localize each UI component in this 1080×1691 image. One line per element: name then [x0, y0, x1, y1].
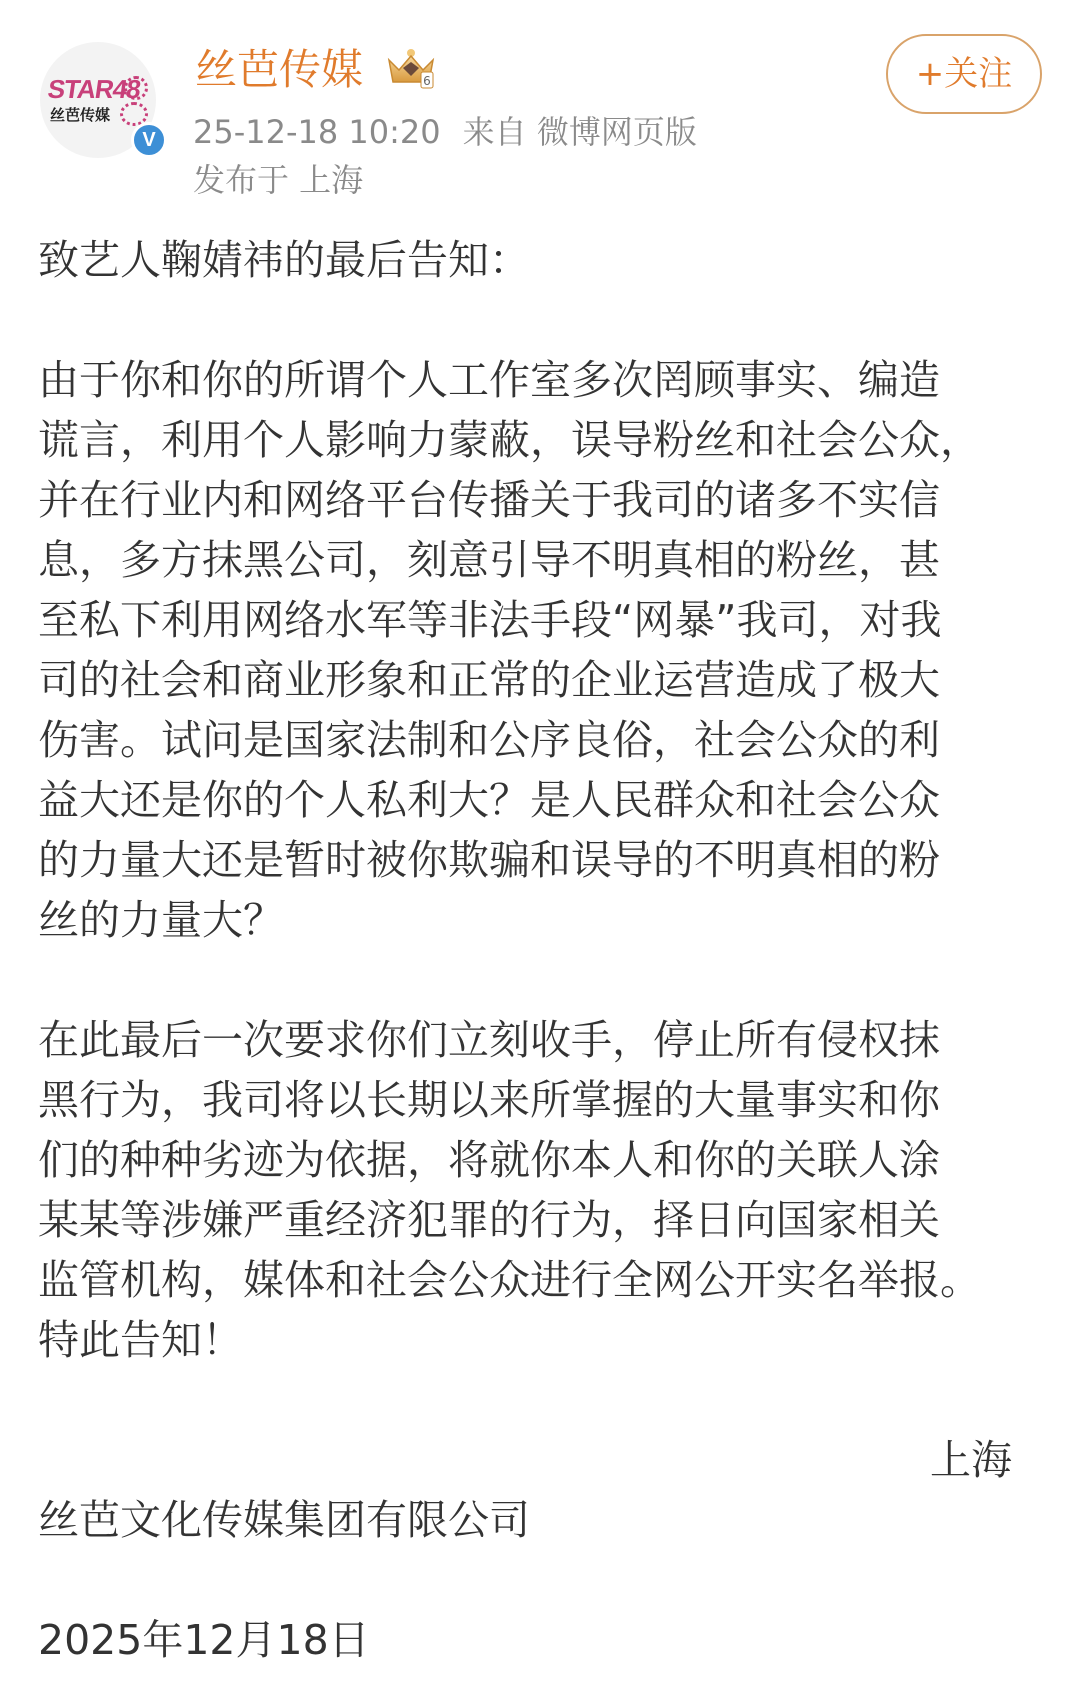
post-body: 致艺人鞠婧祎的最后告知： 由于你和你的所谓个人工作室多次罔顾事实、编造 谎言，利… — [38, 230, 1048, 1670]
text-line: 的力量大还是暂时被你欺骗和误导的不明真相的粉 — [38, 830, 1048, 890]
text-line: 司的社会和商业形象和正常的企业运营造成了极大 — [38, 650, 1048, 710]
post-source: 来自 微博网页版 — [463, 113, 697, 151]
text-line: 丝的力量大？ — [38, 890, 1048, 950]
text-line: 息，多方抹黑公司，刻意引导不明真相的粉丝，甚 — [38, 530, 1048, 590]
flower-icon — [124, 76, 148, 100]
text-line: 特此告知！ — [38, 1310, 1048, 1370]
text-line: 在此最后一次要求你们立刻收手，停止所有侵权抹 — [38, 1010, 1048, 1070]
follow-button[interactable]: +关注 — [886, 34, 1042, 114]
paragraph-2: 在此最后一次要求你们立刻收手，停止所有侵权抹 黑行为，我司将以长期以来所掌握的大… — [38, 1010, 1048, 1370]
signature-company: 丝芭文化传媒集团有限公司 — [38, 1490, 1048, 1550]
text-line: 益大还是你的个人私利大？是人民群众和社会公众 — [38, 770, 1048, 830]
text-line: 至私下利用网络水军等非法手段“网暴”我司，对我 — [38, 590, 1048, 650]
text-line: 黑行为，我司将以长期以来所掌握的大量事实和你 — [38, 1070, 1048, 1130]
account-name[interactable]: 丝芭传媒 — [195, 44, 363, 96]
text-line: 谎言，利用个人影响力蒙蔽，误导粉丝和社会公众， — [38, 410, 1048, 470]
svg-text:6: 6 — [423, 74, 431, 88]
avatar-logo-subtext: 丝芭传媒 — [50, 104, 110, 125]
text-line: 并在行业内和网络平台传播关于我司的诸多不实信 — [38, 470, 1048, 530]
paragraph-1: 由于你和你的所谓个人工作室多次罔顾事实、编造 谎言，利用个人影响力蒙蔽，误导粉丝… — [38, 350, 1048, 950]
text-line: 某某等涉嫌严重经济犯罪的行为，择日向国家相关 — [38, 1190, 1048, 1250]
post-header: STAR48 丝芭传媒 V 丝芭传媒 6 25-12-18 10:20来自 微博… — [0, 0, 1080, 220]
post-title: 致艺人鞠婧祎的最后告知： — [38, 230, 1048, 290]
verified-badge-icon: V — [131, 122, 167, 158]
text-line: 监管机构，媒体和社会公众进行全网公开实名举报。 — [38, 1250, 1048, 1310]
post-location: 发布于 上海 — [193, 158, 363, 202]
signature-location: 上海 — [38, 1430, 1048, 1490]
crown-badge-icon: 6 — [385, 48, 437, 90]
text-line: 伤害。试问是国家法制和公序良俗，社会公众的利 — [38, 710, 1048, 770]
text-line: 们的种种劣迹为依据，将就你本人和你的关联人涂 — [38, 1130, 1048, 1190]
post-meta: 25-12-18 10:20来自 微博网页版 — [193, 110, 697, 154]
text-line: 由于你和你的所谓个人工作室多次罔顾事实、编造 — [38, 350, 1048, 410]
signature-date: 2025年12月18日 — [38, 1610, 1048, 1670]
post-timestamp: 25-12-18 10:20 — [193, 113, 441, 151]
